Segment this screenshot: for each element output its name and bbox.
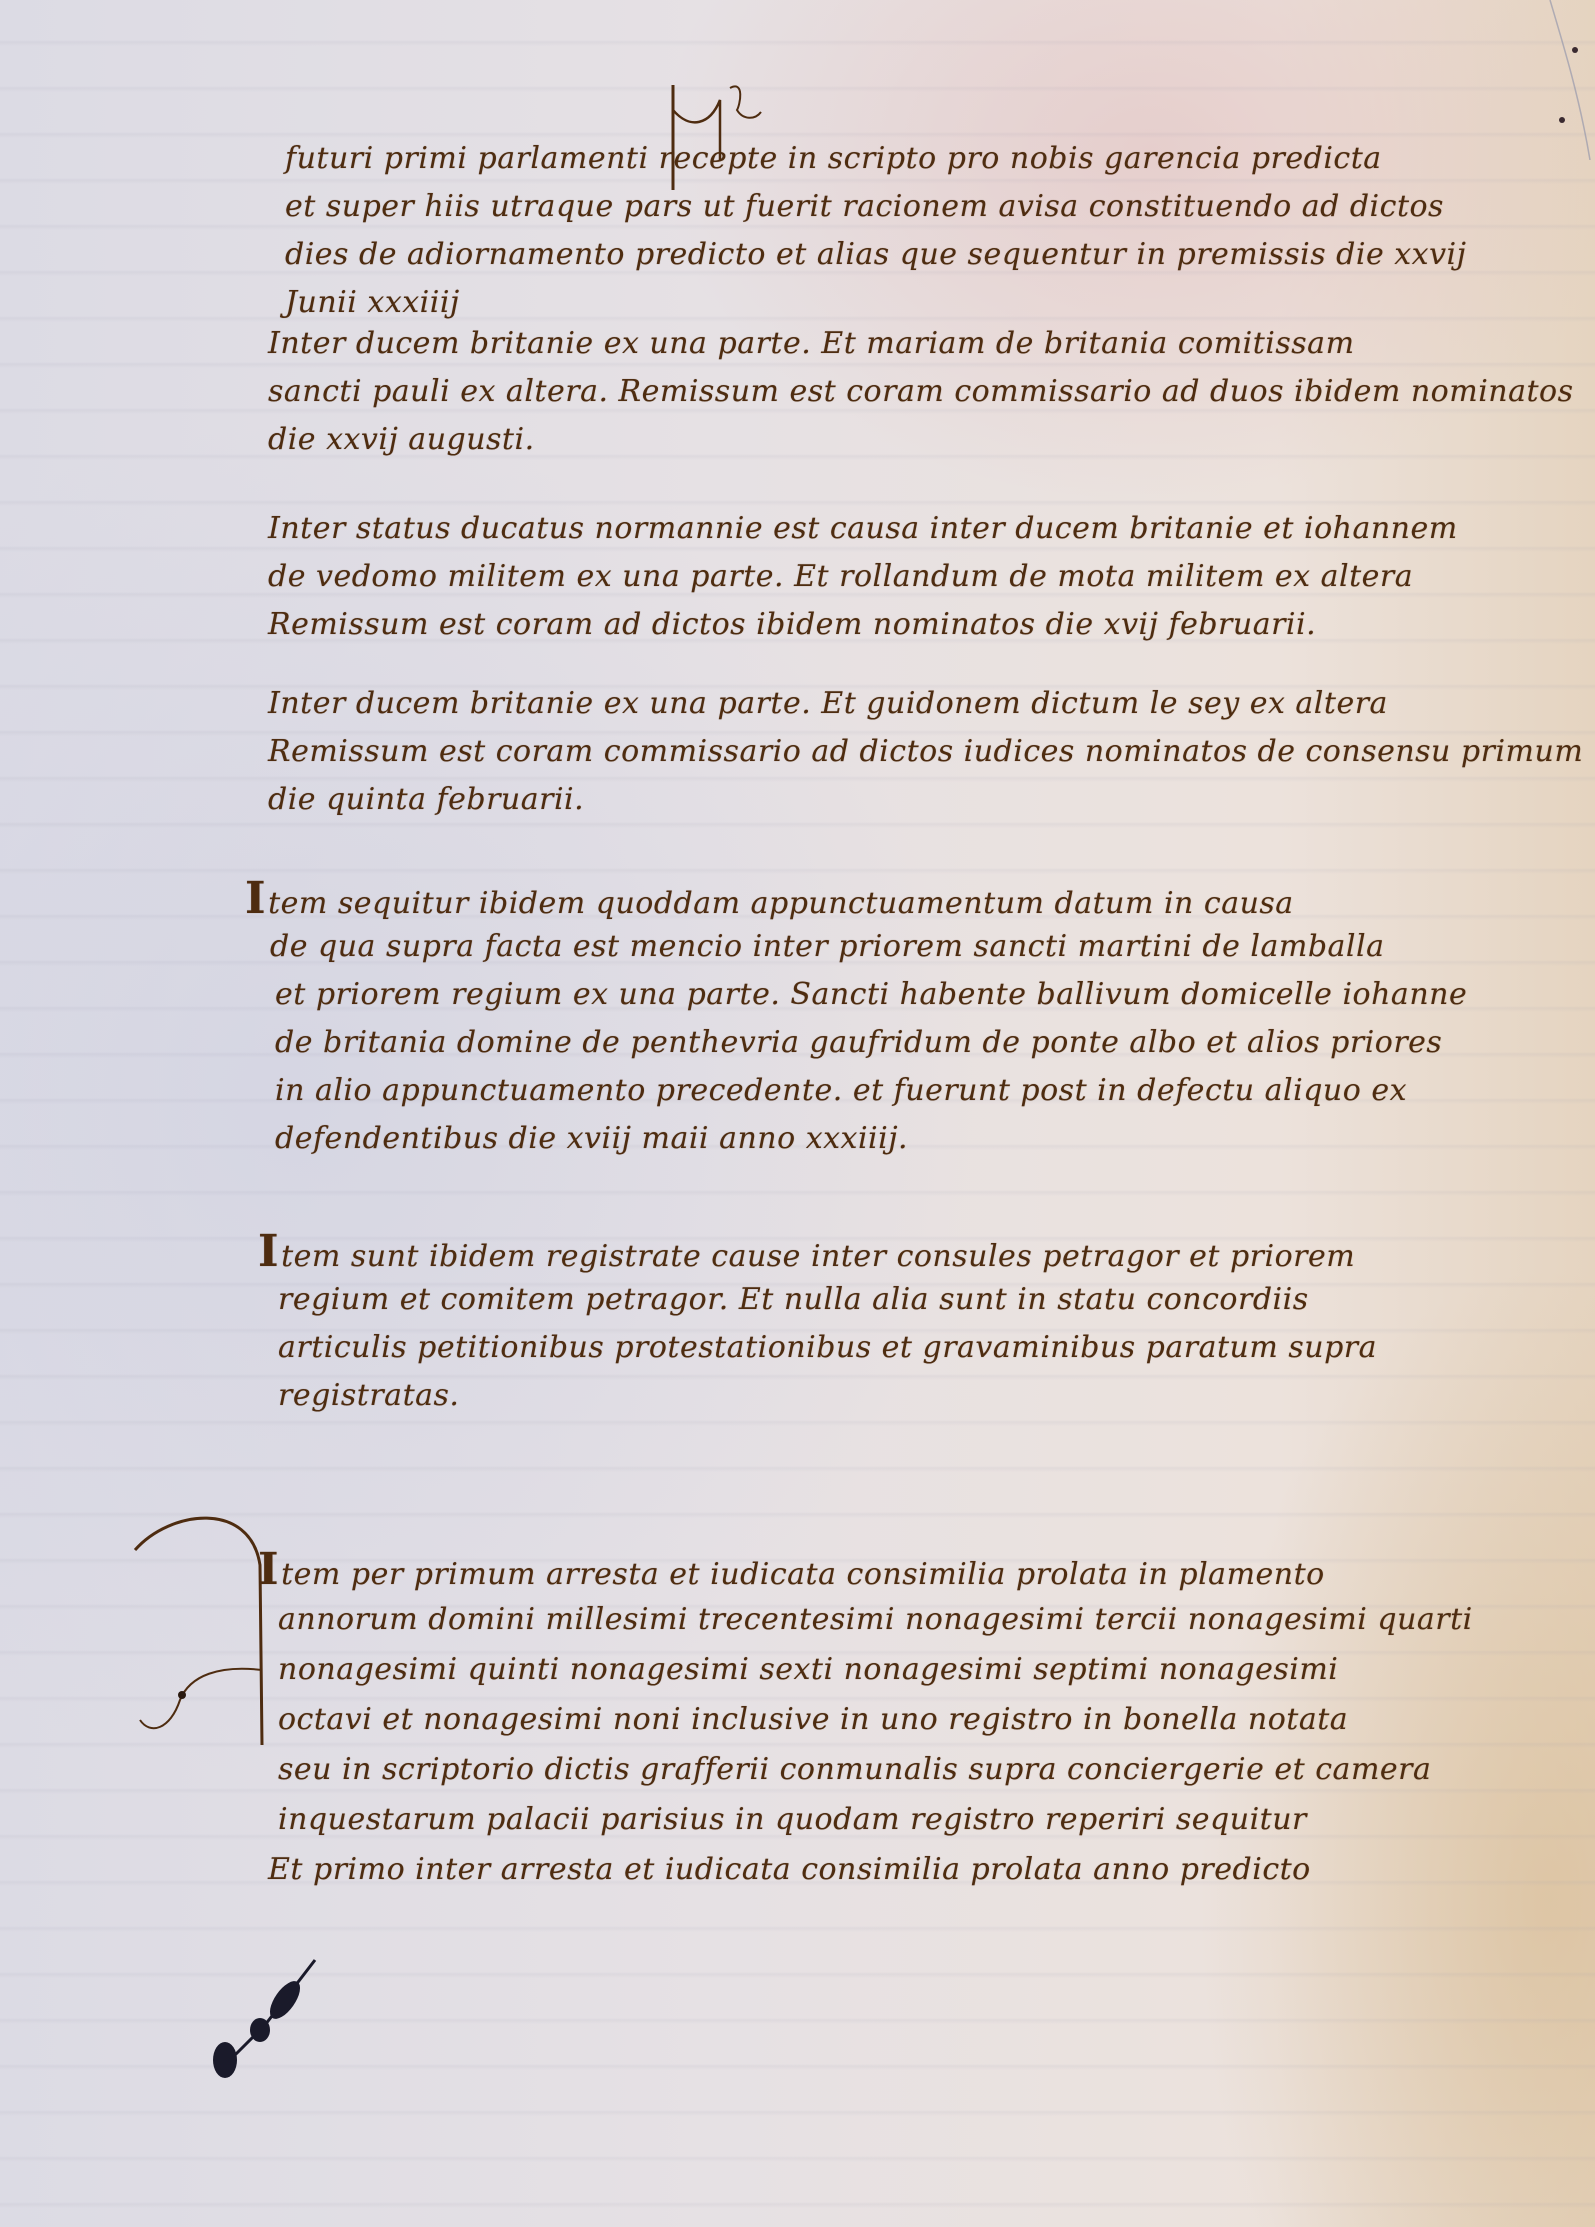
- paragraph-4: Inter ducem britanie ex una parte. Et gu…: [268, 680, 1583, 824]
- text-line: die xxvij augusti.: [268, 416, 1574, 464]
- paragraph-3: Inter status ducatus normannie est causa…: [268, 505, 1458, 649]
- text-line-content: tem per primum arresta et iudicata consi…: [281, 1557, 1325, 1592]
- paragraph-2: Inter ducem britanie ex una parte. Et ma…: [268, 320, 1574, 464]
- text-line: de vedomo militem ex una parte. Et rolla…: [268, 553, 1458, 601]
- page-edge-curve: [1540, 0, 1595, 160]
- text-line-content: tem sequitur ibidem quoddam appunctuamen…: [268, 886, 1294, 921]
- text-line: octavi et nonagesimi noni inclusive in u…: [258, 1695, 1473, 1745]
- paragraph-7: Item per primum arresta et iudicata cons…: [258, 1545, 1473, 1845]
- paragraph-5: Item sequitur ibidem quoddam appunctuame…: [245, 875, 1467, 1163]
- text-line: seu in scriptorio dictis grafferii conmu…: [258, 1745, 1473, 1795]
- text-line: annorum domini millesimi trecentesimi no…: [258, 1595, 1473, 1645]
- text-line: Inter ducem britanie ex una parte. Et gu…: [268, 680, 1583, 728]
- text-line: nonagesimi quinti nonagesimi sexti nonag…: [258, 1645, 1473, 1695]
- text-line: Item per primum arresta et iudicata cons…: [258, 1545, 1473, 1595]
- text-line: de qua supra facta est mencio inter prio…: [245, 923, 1467, 971]
- text-line: Inter ducem britanie ex una parte. Et ma…: [268, 320, 1574, 368]
- text-line: futuri primi parlamenti recepte in scrip…: [285, 135, 1466, 183]
- text-line-content: tem sunt ibidem registrate cause inter c…: [281, 1239, 1355, 1274]
- decorated-initial-d-icon: [130, 1495, 270, 1755]
- text-line: et super hiis utraque pars ut fuerit rac…: [285, 183, 1466, 231]
- text-line: Remissum est coram ad dictos ibidem nomi…: [268, 601, 1458, 649]
- text-line: die quinta februarii.: [268, 776, 1583, 824]
- paragraph-6: Item sunt ibidem registrate cause inter …: [258, 1228, 1377, 1420]
- initial-letter: I: [258, 1544, 279, 1595]
- text-line: Et primo inter arresta et iudicata consi…: [268, 1846, 1311, 1894]
- paragraph-8: Et primo inter arresta et iudicata consi…: [268, 1846, 1311, 1894]
- text-line: in alio appunctuamento precedente. et fu…: [245, 1067, 1467, 1115]
- initial-letter: I: [258, 1226, 279, 1277]
- text-line: de britania domine de penthevria gaufrid…: [245, 1019, 1467, 1067]
- text-line: Item sequitur ibidem quoddam appunctuame…: [245, 875, 1467, 923]
- text-line: regium et comitem petragor. Et nulla ali…: [258, 1276, 1377, 1324]
- text-line: registratas.: [258, 1372, 1377, 1420]
- text-line: sancti pauli ex altera. Remissum est cor…: [268, 368, 1574, 416]
- text-line: Inter status ducatus normannie est causa…: [268, 505, 1458, 553]
- text-line: Item sunt ibidem registrate cause inter …: [258, 1228, 1377, 1276]
- text-line: defendentibus die xviij maii anno xxxiii…: [245, 1115, 1467, 1163]
- text-line: et priorem regium ex una parte. Sancti h…: [245, 971, 1467, 1019]
- manuscript-page: futuri primi parlamenti recepte in scrip…: [0, 0, 1595, 2227]
- text-line: Remissum est coram commissario ad dictos…: [268, 728, 1583, 776]
- text-line: dies de adiornamento predicto et alias q…: [285, 231, 1466, 279]
- initial-letter: I: [245, 873, 266, 924]
- ink-blot-mark: [205, 1955, 325, 2085]
- text-line: inquestarum palacii parisius in quodam r…: [258, 1795, 1473, 1845]
- text-line: articulis petitionibus protestationibus …: [258, 1324, 1377, 1372]
- paragraph-1: futuri primi parlamenti recepte in scrip…: [285, 135, 1466, 327]
